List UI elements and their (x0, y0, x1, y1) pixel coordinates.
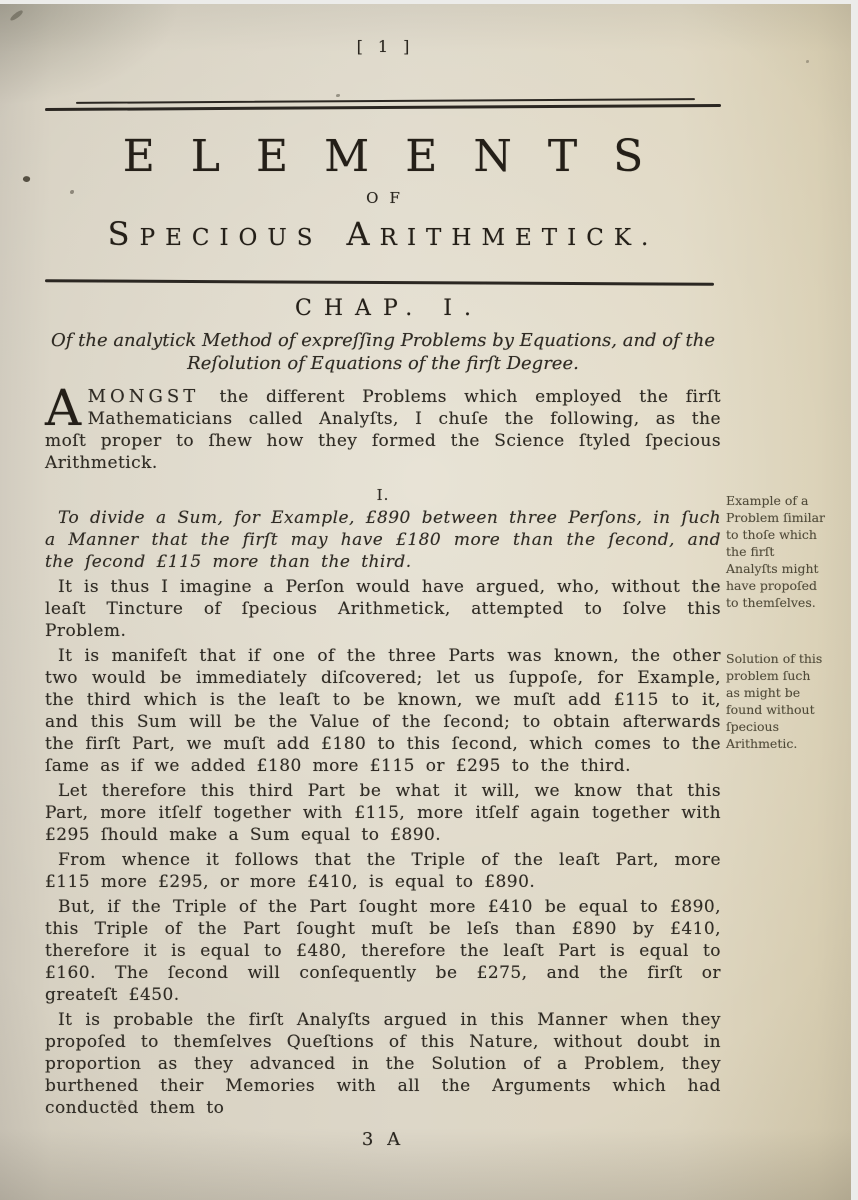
paragraph-it-is-probable: It is probable the firſt Analyſts argued… (45, 1009, 721, 1119)
title-of: OF (45, 189, 721, 207)
margin-note-example: Example of a Problem ſimilar to thoſe wh… (726, 492, 826, 611)
paragraph-but-if-the-triple: But, if the Triple of the Part ſought mo… (45, 896, 721, 1006)
chapter-description-line1: Of the analytick Method of expreſſing Pr… (45, 329, 721, 352)
subtitle-initial: S (108, 215, 140, 253)
chapter-description-line2: Reſolution of Equations of the firſt Deg… (45, 352, 721, 375)
paragraph-it-is-thus: It is thus I imagine a Perſon would have… (45, 576, 721, 642)
book-subtitle: SPECIOUSARITHMETICK. (45, 215, 721, 257)
section-number: I. (45, 486, 721, 504)
paragraph-problem-statement: To divide a Sum, for Example, £890 betwe… (45, 507, 721, 573)
paragraph-amongst: AMONGST the different Problems which emp… (45, 386, 721, 474)
paper-speck (9, 9, 24, 22)
page-number: [ 1 ] (45, 34, 721, 60)
drop-cap-letter: A (45, 386, 88, 428)
double-rule-top-line (76, 98, 695, 104)
paragraph-let-therefore: Let therefore this third Part be what it… (45, 780, 721, 846)
paper-speck (22, 175, 31, 183)
page-main-column: [ 1 ] ELEMENTS OF SPECIOUSARITHMETICK. C… (45, 34, 721, 1150)
subtitle-initial: A (347, 215, 380, 253)
subtitle-word-rest: RITHMETICK. (380, 225, 659, 251)
double-rule (45, 98, 721, 111)
chapter-description: Of the analytick Method of expreſſing Pr… (45, 329, 721, 375)
paper-speck (806, 60, 809, 63)
section-rule (45, 279, 714, 286)
signature-mark: 3 A (45, 1129, 721, 1150)
book-page-scan: [ 1 ] ELEMENTS OF SPECIOUSARITHMETICK. C… (0, 4, 851, 1200)
paragraph-it-is-manifest: It is manifeſt that if one of the three … (45, 645, 721, 777)
paragraph-from-whence: From whence it follows that the Triple o… (45, 849, 721, 893)
book-title: ELEMENTS (45, 133, 721, 181)
subtitle-word-rest: PECIOUS (140, 225, 323, 251)
chapter-heading: CHAP. I. (45, 296, 721, 322)
double-rule-bottom-line (45, 104, 721, 111)
margin-note-solution: Solution of this problem ſuch as might b… (726, 650, 826, 752)
lead-caps: MONGST (88, 386, 200, 407)
